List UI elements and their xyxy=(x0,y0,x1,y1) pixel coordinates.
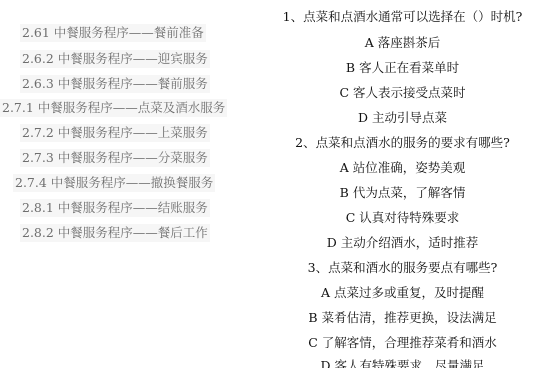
question-3-option-d: D 客人有特殊要求，尽量满足 xyxy=(270,357,535,368)
toc-panel: 2.61 中餐服务程序——餐前准备 2.6.2 中餐服务程序——迎宾服务 2.6… xyxy=(0,0,270,368)
question-1-title: 1、点菜和点酒水通常可以选择在（）时机? xyxy=(270,8,535,26)
question-1-option-d: D 主动引导点菜 xyxy=(270,109,535,127)
toc-item-2-7-4[interactable]: 2.7.4 中餐服务程序——撤换餐服务 xyxy=(13,174,215,192)
toc-item-2-6-3[interactable]: 2.6.3 中餐服务程序——餐前服务 xyxy=(20,75,210,93)
toc-item-2-6-2[interactable]: 2.6.2 中餐服务程序——迎宾服务 xyxy=(20,50,210,68)
question-2-option-c: C 认真对待特殊要求 xyxy=(270,209,535,227)
question-2-option-a: A 站位准确，姿势美观 xyxy=(270,159,535,177)
question-2-title: 2、点菜和点酒水的服务的要求有哪些? xyxy=(270,134,535,152)
question-2-option-d: D 主动介绍酒水，适时推荐 xyxy=(270,234,535,252)
toc-item-2-7-3[interactable]: 2.7.3 中餐服务程序——分菜服务 xyxy=(20,149,210,167)
question-1-option-c: C 客人表示接受点菜时 xyxy=(270,84,535,102)
question-3-option-a: A 点菜过多或重复，及时提醒 xyxy=(270,284,535,302)
toc-item-2-6-1[interactable]: 2.61 中餐服务程序——餐前准备 xyxy=(20,24,206,42)
question-2-option-b: B 代为点菜，了解客情 xyxy=(270,184,535,202)
question-1-option-a: A 落座斟茶后 xyxy=(270,34,535,52)
question-3-option-b: B 菜肴估清，推荐更换，设法满足 xyxy=(270,309,535,327)
question-3-option-c: C 了解客情，合理推荐菜肴和酒水 xyxy=(270,334,535,352)
question-1-option-b: B 客人正在看菜单时 xyxy=(270,59,535,77)
toc-item-2-7-1[interactable]: 2.7.1 中餐服务程序——点菜及酒水服务 xyxy=(0,99,227,117)
quiz-panel: 1、点菜和点酒水通常可以选择在（）时机? A 落座斟茶后 B 客人正在看菜单时 … xyxy=(270,0,535,368)
question-3-title: 3、点菜和酒水的服务要点有哪些? xyxy=(270,259,535,277)
toc-item-2-8-1[interactable]: 2.8.1 中餐服务程序——结账服务 xyxy=(20,199,210,217)
toc-item-2-8-2: 2.8.2 中餐服务程序——餐后工作 xyxy=(20,224,210,242)
toc-item-2-7-2[interactable]: 2.7.2 中餐服务程序——上菜服务 xyxy=(20,124,210,142)
